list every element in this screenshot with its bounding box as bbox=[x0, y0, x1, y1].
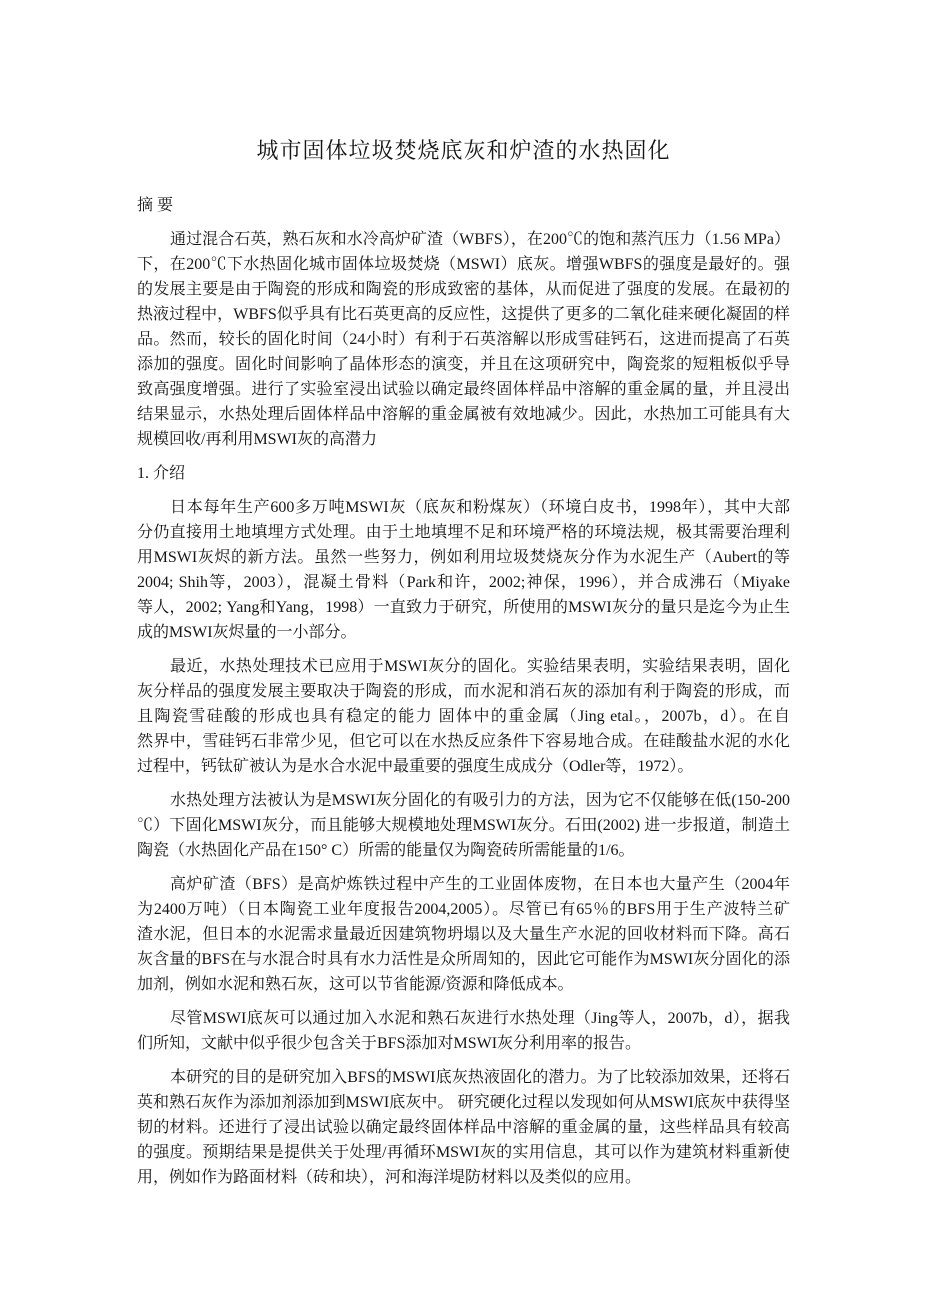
abstract-paragraph: 通过混合石英，熟石灰和水冷高炉矿渣（WBFS），在200℃的饱和蒸汽压力（1.5… bbox=[137, 227, 790, 452]
text-line: 为2400万吨）（日本陶瓷工业年度报告2004,2005）。尽管已有65％的BF… bbox=[137, 897, 790, 922]
text-line: 渣水泥，但日本的水泥需求量最近因建筑物坍塌以及大量生产水泥的回收材料而下降。高石 bbox=[137, 922, 790, 947]
text-line: 加剂，例如水泥和熟石灰，这可以节省能源/资源和降低成本。 bbox=[137, 972, 790, 997]
text-line: 尽管MSWI底灰可以通过加入水泥和熟石灰进行水热处理（Jing等人，2007b，… bbox=[137, 1006, 790, 1031]
text-line: 结果显示，水热处理后固体样品中溶解的重金属被有效地减少。因此，水热加工可能具有大 bbox=[137, 402, 790, 427]
text-line: 添加的强度。固化时间影响了晶体形态的演变，并且在这项研究中，陶瓷浆的短粗板似乎导 bbox=[137, 352, 790, 377]
text-line: 下，在200℃下水热固化城市固体垃圾焚烧（MSWI）底灰。增强WBFS的强度是最… bbox=[137, 252, 790, 277]
text-line: 规模回收/再利用MSWI灰的高潜力 bbox=[137, 427, 790, 452]
text-line: 用，例如作为路面材料（砖和块），河和海洋堤防材料以及类似的应用。 bbox=[137, 1165, 790, 1190]
text-line: 韧的材料。还进行了浸出试验以确定最终固体样品中溶解的重金属的量，这些样品具有较高 bbox=[137, 1115, 790, 1140]
intro-paragraph-4: 高炉矿渣（BFS）是高炉炼铁过程中产生的工业固体废物，在日本也大量产生（2004… bbox=[137, 872, 790, 997]
text-line: 水热处理方法被认为是MSWI灰分固化的有吸引力的方法，因为它不仅能够在低(150… bbox=[137, 788, 790, 813]
text-line: 英和熟石灰作为添加剂添加到MSWI底灰中。 研究硬化过程以发现如何从MSWI底灰… bbox=[137, 1090, 790, 1115]
text-line: 陶瓷（水热固化产品在150° C）所需的能量仅为陶瓷砖所需能量的1/6。 bbox=[137, 838, 790, 863]
text-line: 灰分样品的强度发展主要取决于陶瓷的形成，而水泥和消石灰的添加有利于陶瓷的形成，而 bbox=[137, 679, 790, 704]
text-line: 的强度。预期结果是提供关于处理/再循环MSWI灰的实用信息，其可以作为建筑材料重… bbox=[137, 1140, 790, 1165]
text-line: 等人，2002; Yang和Yang，1998）一直致力于研究，所使用的MSWI… bbox=[137, 595, 790, 620]
intro-paragraph-1: 日本每年生产600多万吨MSWI灰（底灰和粉煤灰）（环境白皮书，1998年），其… bbox=[137, 495, 790, 645]
text-line: 最近，水热处理技术已应用于MSWI灰分的固化。实验结果表明，实验结果表明，固化M… bbox=[137, 654, 790, 679]
text-line: 灰含量的BFS在与水混合时具有水力活性是众所周知的，因此它可能作为MSWI灰分固… bbox=[137, 947, 790, 972]
section-1-heading: 1. 介绍 bbox=[137, 461, 790, 486]
text-line: 致高强度增强。进行了实验室浸出试验以确定最终固体样品中溶解的重金属的量，并且浸出 bbox=[137, 377, 790, 402]
text-line: 热液过程中，WBFS似乎具有比石英更高的反应性，这提供了更多的二氧化硅来硬化凝固… bbox=[137, 302, 790, 327]
text-line: 2004; Shih等，2003），混凝土骨料（Park和许，2002;神保，1… bbox=[137, 570, 790, 595]
text-line: 品。然而，较长的固化时间（24小时）有利于石英溶解以形成雪硅钙石，这进而提高了石… bbox=[137, 327, 790, 352]
document-page: 城市固体垃圾焚烧底灰和炉渣的水热固化 摘 要 通过混合石英，熟石灰和水冷高炉矿渣… bbox=[0, 0, 926, 1309]
document-content: 城市固体垃圾焚烧底灰和炉渣的水热固化 摘 要 通过混合石英，熟石灰和水冷高炉矿渣… bbox=[137, 0, 790, 1190]
text-line: 用MSWI灰烬的新方法。虽然一些努力，例如利用垃圾焚烧灰分作为水泥生产（Aube… bbox=[137, 545, 790, 570]
text-line: 分仍直接用土地填埋方式处理。由于土地填埋不足和环境严格的环境法规，极其需要治理利 bbox=[137, 520, 790, 545]
intro-paragraph-3: 水热处理方法被认为是MSWI灰分固化的有吸引力的方法，因为它不仅能够在低(150… bbox=[137, 788, 790, 863]
intro-paragraph-6: 本研究的目的是研究加入BFS的MSWI底灰热液固化的潜力。为了比较添加效果，还将… bbox=[137, 1065, 790, 1190]
text-line: 成的MSWI灰烬量的一小部分。 bbox=[137, 620, 790, 645]
document-title: 城市固体垃圾焚烧底灰和炉渣的水热固化 bbox=[137, 136, 790, 166]
text-line: 且陶瓷雪硅酸的形成也具有稳定的能力 固体中的重金属（Jing etal。，200… bbox=[137, 704, 790, 729]
text-line: ℃）下固化MSWI灰分，而且能够大规模地处理MSWI灰分。石田(2002) 进一… bbox=[137, 813, 790, 838]
text-line: 日本每年生产600多万吨MSWI灰（底灰和粉煤灰）（环境白皮书，1998年），其… bbox=[137, 495, 790, 520]
text-line: 然界中，雪硅钙石非常少见，但它可以在水热反应条件下容易地合成。在硅酸盐水泥的水化 bbox=[137, 729, 790, 754]
text-line: 们所知，文献中似乎很少包含关于BFS添加对MSWI灰分利用率的报告。 bbox=[137, 1031, 790, 1056]
text-line: 过程中，钙钛矿被认为是水合水泥中最重要的强度生成成分（Odler等，1972）。 bbox=[137, 754, 790, 779]
text-line: 本研究的目的是研究加入BFS的MSWI底灰热液固化的潜力。为了比较添加效果，还将… bbox=[137, 1065, 790, 1090]
text-line: 的发展主要是由于陶瓷的形成和陶瓷的形成致密的基体，从而促进了强度的发展。在最初的 bbox=[137, 277, 790, 302]
text-line: 高炉矿渣（BFS）是高炉炼铁过程中产生的工业固体废物，在日本也大量产生（2004… bbox=[137, 872, 790, 897]
intro-paragraph-5: 尽管MSWI底灰可以通过加入水泥和熟石灰进行水热处理（Jing等人，2007b，… bbox=[137, 1006, 790, 1056]
text-line: 通过混合石英，熟石灰和水冷高炉矿渣（WBFS），在200℃的饱和蒸汽压力（1.5… bbox=[137, 227, 790, 252]
intro-paragraph-2: 最近，水热处理技术已应用于MSWI灰分的固化。实验结果表明，实验结果表明，固化M… bbox=[137, 654, 790, 779]
abstract-heading: 摘 要 bbox=[137, 193, 790, 218]
